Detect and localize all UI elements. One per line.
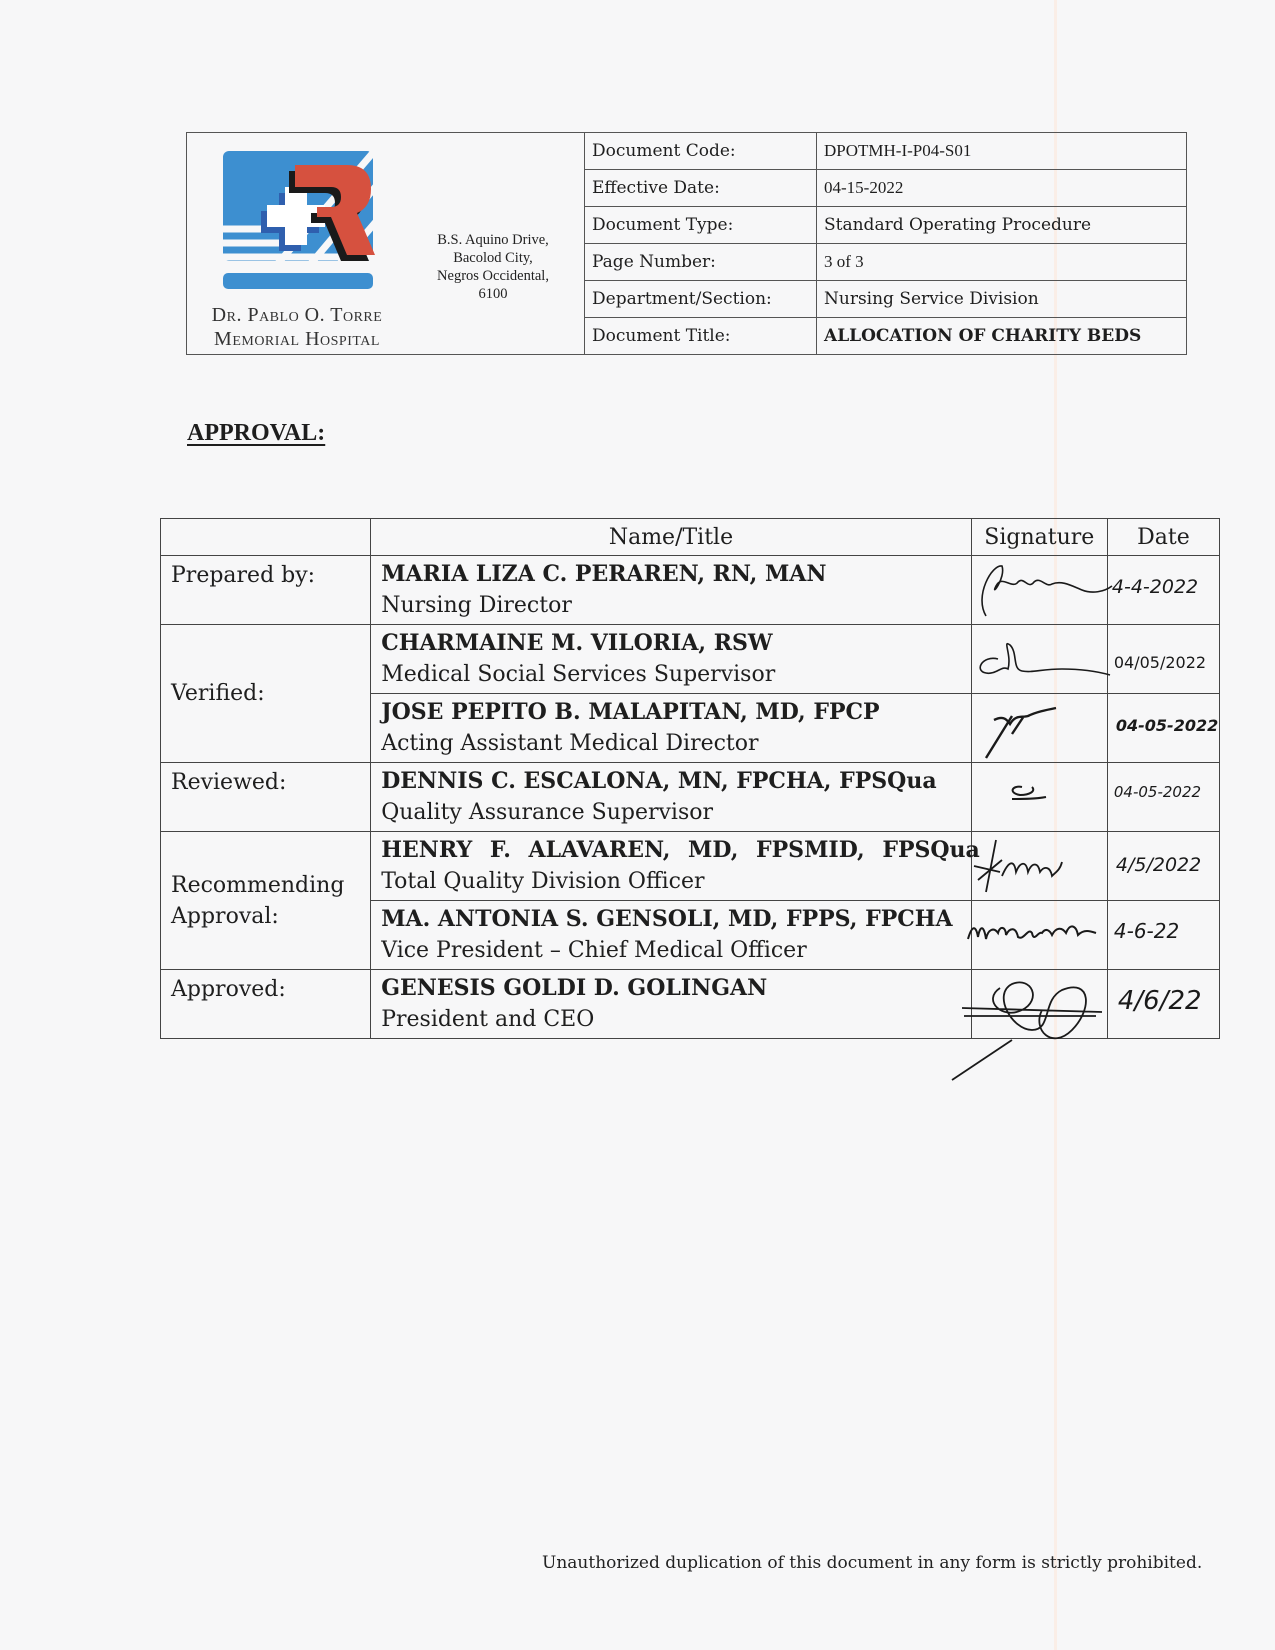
person-cell: JOSE PEPITO B. MALAPITAN, MD, FPCP Actin…: [371, 694, 972, 763]
role-label: Verified:: [161, 625, 371, 763]
signed-date: 04/05/2022: [1114, 653, 1206, 672]
meta-value: ALLOCATION OF CHARITY BEDS: [817, 318, 1186, 354]
table-row: Reviewed: DENNIS C. ESCALONA, MN, FPCHA,…: [161, 763, 1220, 832]
signature-icon: [972, 694, 1108, 760]
meta-row-page-number: Page Number: 3 of 3: [585, 244, 1186, 281]
hospital-name-line1: Dr. Pablo O. Torre: [197, 303, 397, 327]
table-row: Recommending Approval: HENRY F. ALAVAREN…: [161, 832, 1220, 901]
person-name: HENRY F. ALAVAREN, MD, FPSMID, FPSQua: [381, 834, 970, 866]
signature-icon: [972, 556, 1108, 622]
signature-cell: [971, 832, 1107, 901]
meta-value: Nursing Service Division: [817, 281, 1186, 317]
hospital-address: B.S. Aquino Drive, Bacolod City, Negros …: [403, 231, 583, 303]
person-cell: MARIA LIZA C. PERAREN, RN, MAN Nursing D…: [371, 556, 972, 625]
signature-icon: [972, 970, 1108, 1036]
hospital-brand: Dr. Pablo O. Torre Memorial Hospital B.S…: [187, 133, 585, 354]
person-name: JOSE PEPITO B. MALAPITAN, MD, FPCP: [381, 696, 970, 728]
date-cell: 04-05-2022: [1107, 763, 1219, 832]
person-name: CHARMAINE M. VILORIA, RSW: [381, 627, 970, 659]
role-label: Prepared by:: [161, 556, 371, 625]
signed-date: 04-05-2022: [1114, 783, 1201, 801]
signature-cell: [971, 763, 1107, 832]
signed-date: 04-05-2022: [1116, 716, 1218, 735]
signature-icon: [972, 625, 1108, 691]
person-title: President and CEO: [381, 1004, 970, 1036]
role-label-line: Recommending: [171, 870, 369, 901]
person-name: MARIA LIZA C. PERAREN, RN, MAN: [381, 558, 970, 590]
signature-cell: [971, 901, 1107, 970]
person-cell: MA. ANTONIA S. GENSOLI, MD, FPPS, FPCHA …: [371, 901, 972, 970]
meta-label: Department/Section:: [585, 281, 817, 317]
person-cell: GENESIS GOLDI D. GOLINGAN President and …: [371, 970, 972, 1039]
person-name: DENNIS C. ESCALONA, MN, FPCHA, FPSQua: [381, 765, 970, 797]
address-line: 6100: [403, 285, 583, 303]
document-header: Dr. Pablo O. Torre Memorial Hospital B.S…: [186, 132, 1187, 355]
meta-label: Effective Date:: [585, 170, 817, 206]
person-title: Medical Social Services Supervisor: [381, 659, 970, 691]
person-title: Acting Assistant Medical Director: [381, 728, 970, 760]
person-name: MA. ANTONIA S. GENSOLI, MD, FPPS, FPCHA: [381, 903, 970, 935]
address-line: B.S. Aquino Drive,: [403, 231, 583, 249]
table-row: Verified: CHARMAINE M. VILORIA, RSW Medi…: [161, 625, 1220, 694]
column-header-name-title: Name/Title: [371, 519, 972, 556]
meta-row-effective-date: Effective Date: 04-15-2022: [585, 170, 1186, 207]
hospital-name-line2: Memorial Hospital: [197, 327, 397, 351]
person-cell: HENRY F. ALAVAREN, MD, FPSMID, FPSQua To…: [371, 832, 972, 901]
signature-cell: [971, 694, 1107, 763]
person-cell: CHARMAINE M. VILORIA, RSW Medical Social…: [371, 625, 972, 694]
signed-date: 4-4-2022: [1112, 576, 1198, 598]
signature-cell: [971, 970, 1107, 1039]
table-row: Prepared by: MARIA LIZA C. PERAREN, RN, …: [161, 556, 1220, 625]
person-title: Vice President – Chief Medical Officer: [381, 935, 970, 967]
date-cell: 04/05/2022: [1107, 625, 1219, 694]
signature-cell: [971, 556, 1107, 625]
signature-icon: [972, 832, 1108, 898]
role-label: Reviewed:: [161, 763, 371, 832]
person-name: GENESIS GOLDI D. GOLINGAN: [381, 972, 970, 1004]
signature-icon: [972, 901, 1108, 967]
table-row: Approved: GENESIS GOLDI D. GOLINGAN Pres…: [161, 970, 1220, 1039]
meta-row-document-title: Document Title: ALLOCATION OF CHARITY BE…: [585, 318, 1186, 354]
duplication-notice: Unauthorized duplication of this documen…: [542, 1553, 1202, 1573]
signature-cell: [971, 625, 1107, 694]
meta-value: 04-15-2022: [817, 170, 1186, 206]
signed-date: 4/6/22: [1118, 986, 1202, 1016]
date-cell: 04-05-2022: [1107, 694, 1219, 763]
address-line: Bacolod City,: [403, 249, 583, 267]
document-meta-table: Document Code: DPOTMH-I-P04-S01 Effectiv…: [585, 133, 1186, 354]
hospital-logo-icon: [223, 151, 377, 301]
column-header-signature: Signature: [971, 519, 1107, 556]
column-header-date: Date: [1107, 519, 1219, 556]
meta-row-document-type: Document Type: Standard Operating Proced…: [585, 207, 1186, 244]
date-cell: 4-4-2022: [1107, 556, 1219, 625]
meta-label: Page Number:: [585, 244, 817, 280]
role-label: Recommending Approval:: [161, 832, 371, 970]
approval-table: Name/Title Signature Date Prepared by: M…: [160, 518, 1220, 1039]
hospital-name: Dr. Pablo O. Torre Memorial Hospital: [197, 303, 397, 351]
date-cell: 4-6-22: [1107, 901, 1219, 970]
role-label-line: Approval:: [171, 901, 369, 932]
signed-date: 4-6-22: [1114, 919, 1179, 943]
meta-value: Standard Operating Procedure: [817, 207, 1186, 243]
address-line: Negros Occidental,: [403, 267, 583, 285]
date-cell: 4/6/22: [1107, 970, 1219, 1039]
person-title: Nursing Director: [381, 590, 970, 622]
meta-row-department: Department/Section: Nursing Service Divi…: [585, 281, 1186, 318]
signed-date: 4/5/2022: [1116, 854, 1201, 876]
meta-label: Document Title:: [585, 318, 817, 354]
meta-label: Document Type:: [585, 207, 817, 243]
signature-icon: [972, 763, 1108, 829]
meta-value: 3 of 3: [817, 244, 1186, 280]
approval-heading: APPROVAL:: [187, 420, 325, 447]
column-header-role: [161, 519, 371, 556]
person-title: Total Quality Division Officer: [381, 866, 970, 898]
role-label: Approved:: [161, 970, 371, 1039]
table-header-row: Name/Title Signature Date: [161, 519, 1220, 556]
meta-value: DPOTMH-I-P04-S01: [817, 133, 1186, 169]
meta-label: Document Code:: [585, 133, 817, 169]
person-title: Quality Assurance Supervisor: [381, 797, 970, 829]
meta-row-document-code: Document Code: DPOTMH-I-P04-S01: [585, 133, 1186, 170]
person-cell: DENNIS C. ESCALONA, MN, FPCHA, FPSQua Qu…: [371, 763, 972, 832]
date-cell: 4/5/2022: [1107, 832, 1219, 901]
